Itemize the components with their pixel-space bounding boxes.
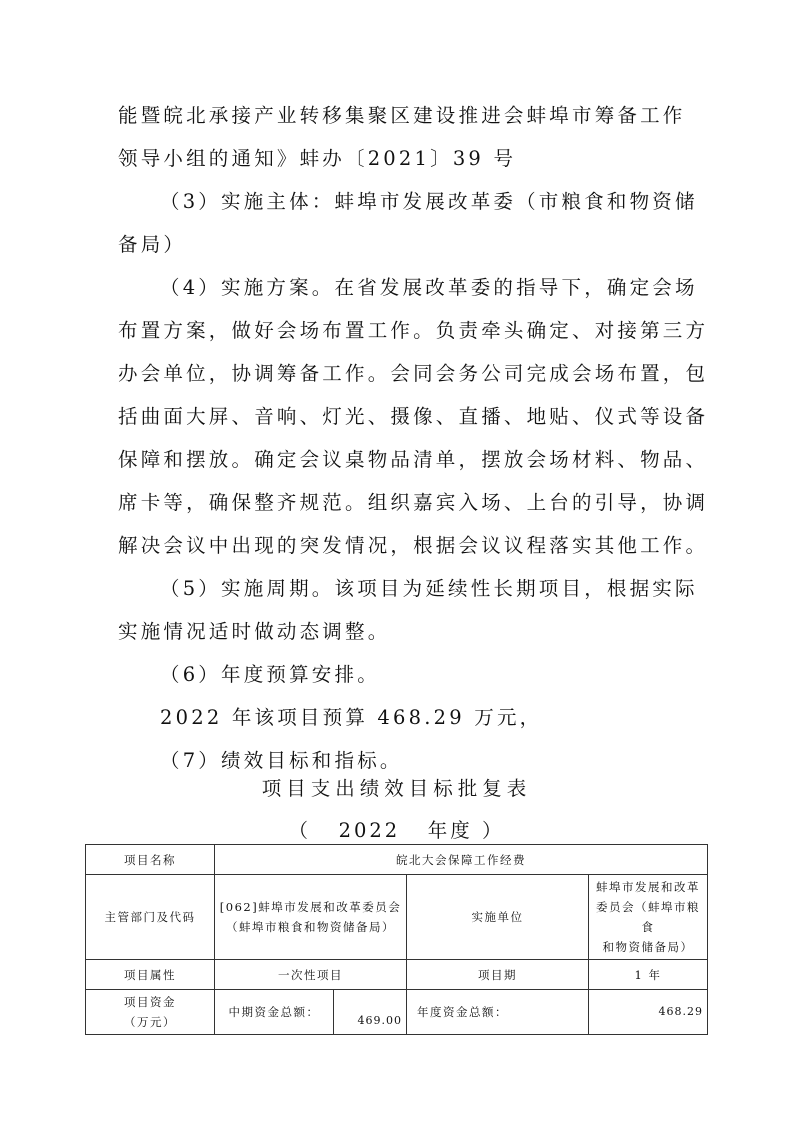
paragraph-line: 括曲面大屏、音响、灯光、摄像、直播、地贴、仪式等设备 <box>118 404 708 430</box>
paragraph-line: 能暨皖北承接产业转移集聚区建设推进会蚌埠市筹备工作 <box>118 103 686 129</box>
paragraph-line: 布置方案，做好会场布置工作。负责牵头确定、对接第三方 <box>118 318 708 344</box>
table-title: 项目支出绩效目标批复表 <box>0 773 793 801</box>
project-name-label: 项目名称 <box>86 845 215 875</box>
impl-unit-value: 蚌埠市发展和改革 委员会（蚌埠市粮食 和物资储备局） <box>589 875 708 960</box>
funds-label-line: 项目资金 <box>90 992 210 1012</box>
paragraph-line: 解决会议中出现的突发情况，根据会议议程落实其他工作。 <box>118 533 708 559</box>
dept-value-line: [062]蚌埠市发展和改革委员会 <box>219 897 402 917</box>
impl-unit-line: 蚌埠市发展和改革 <box>593 877 703 897</box>
table-row: 项目名称 皖北大会保障工作经费 <box>86 845 708 875</box>
period-value: 1 年 <box>589 960 708 990</box>
dept-value: [062]蚌埠市发展和改革委员会 （蚌埠市粮食和物资储备局） <box>215 875 407 960</box>
impl-unit-line: 委员会（蚌埠市粮食 <box>593 897 703 937</box>
midterm-value: 469.00 <box>334 990 407 1035</box>
paragraph-line: （6）年度预算安排。 <box>160 662 380 688</box>
project-name-value: 皖北大会保障工作经费 <box>215 845 708 875</box>
attr-value: 一次性项目 <box>215 960 407 990</box>
paragraph-line: 保障和摆放。确定会议桌物品清单，摆放会场材料、物品、 <box>118 447 708 473</box>
dept-value-line: （蚌埠市粮食和物资储备局） <box>219 917 402 937</box>
document-page: 能暨皖北承接产业转移集聚区建设推进会蚌埠市筹备工作 领导小组的通知》蚌办〔202… <box>0 0 793 1122</box>
paragraph-line: 2022 年该项目预算 468.29 万元， <box>160 705 542 731</box>
paragraph-line: 实施情况适时做动态调整。 <box>118 619 390 645</box>
paragraph-line: （3）实施主体：蚌埠市发展改革委（市粮食和物资储 <box>160 189 698 215</box>
paragraph-line: 备局） <box>118 232 186 258</box>
performance-target-table: 项目名称 皖北大会保障工作经费 主管部门及代码 [062]蚌埠市发展和改革委员会… <box>85 844 708 1035</box>
funds-label: 项目资金 （万元） <box>86 990 215 1035</box>
impl-unit-label: 实施单位 <box>407 875 589 960</box>
table-row: 项目属性 一次性项目 项目期 1 年 <box>86 960 708 990</box>
period-label: 项目期 <box>407 960 589 990</box>
paragraph-line: （7）绩效目标和指标。 <box>160 748 403 774</box>
attr-label: 项目属性 <box>86 960 215 990</box>
table-year: （ 2022 年度 ） <box>0 815 793 843</box>
paragraph-line: 席卡等，确保整齐规范。组织嘉宾入场、上台的引导，协调 <box>118 490 708 516</box>
annual-label: 年度资金总额： <box>407 990 589 1035</box>
paragraph-line: （4）实施方案。在省发展改革委的指导下，确定会场 <box>160 275 698 301</box>
dept-label: 主管部门及代码 <box>86 875 215 960</box>
paragraph-line: 领导小组的通知》蚌办〔2021〕39 号 <box>118 146 516 172</box>
midterm-label: 中期资金总额： <box>215 990 334 1035</box>
paragraph-line: 办会单位，协调筹备工作。会同会务公司完成会场布置，包 <box>118 361 708 387</box>
funds-label-line: （万元） <box>90 1012 210 1032</box>
table-row: 主管部门及代码 [062]蚌埠市发展和改革委员会 （蚌埠市粮食和物资储备局） 实… <box>86 875 708 960</box>
paragraph-line: （5）实施周期。该项目为延续性长期项目，根据实际 <box>160 576 698 602</box>
annual-value: 468.29 <box>589 990 708 1035</box>
table-row: 项目资金 （万元） 中期资金总额： 469.00 年度资金总额： 468.29 <box>86 990 708 1035</box>
impl-unit-line: 和物资储备局） <box>593 937 703 957</box>
